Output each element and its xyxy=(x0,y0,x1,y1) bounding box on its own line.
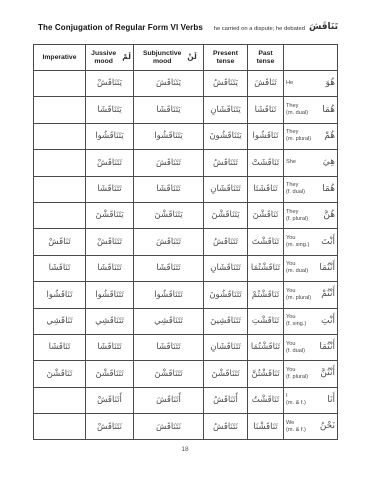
page-number: 18 xyxy=(0,446,370,453)
pronoun-cell: Sheهِيَ xyxy=(284,150,338,176)
present-cell: تَتَنَاقَشَانِ xyxy=(204,176,248,202)
pronoun-arabic: أَنْتُمَا xyxy=(319,343,335,352)
pronoun-arabic: هُنَّ xyxy=(323,211,335,220)
header-jussive-label: Jussive mood xyxy=(88,50,119,66)
book-page: The Conjugation of Regular Form VI Verbs… xyxy=(0,0,370,480)
jussive-cell: نَتَنَاقَشْ xyxy=(86,414,134,440)
table-row: يَتَنَاقَشَايَتَنَاقَشَايَتَنَاقَشَانِتَ… xyxy=(34,97,338,123)
jussive-cell: تَتَنَاقَشْ xyxy=(86,229,134,255)
pronoun-cell: We(m. & f.)نَحْنُ xyxy=(284,414,338,440)
past-cell: تَنَاقَشْتِ xyxy=(248,308,284,334)
verb-definition-english: he carried on a dispute; he debated xyxy=(214,26,305,32)
table-body: يَتَنَاقَشْيَتَنَاقَشَيَتَنَاقَشُتَنَاقَ… xyxy=(34,71,338,440)
present-cell: تَتَنَاقَشَانِ xyxy=(204,255,248,281)
table-row: تَنَاقَشَاتَتَنَاقَشَاتَتَنَاقَشَاتَتَنَ… xyxy=(34,255,338,281)
imperative-cell xyxy=(34,202,86,228)
present-cell: تَتَنَاقَشِينَ xyxy=(204,308,248,334)
subjunctive-cell: أَتَنَاقَشَ xyxy=(134,387,204,413)
present-cell: تَتَنَاقَشُ xyxy=(204,229,248,255)
header-present-label: Present tense xyxy=(206,50,245,66)
subjunctive-cell: تَتَنَاقَشَا xyxy=(134,176,204,202)
jussive-cell: تَتَنَاقَشِي xyxy=(86,308,134,334)
pronoun-cell: You(f. sing.)أَنْتِ xyxy=(284,308,338,334)
past-cell: تَنَاقَشْنَ xyxy=(248,202,284,228)
subjunctive-cell: تَتَنَاقَشَا xyxy=(134,255,204,281)
imperative-cell: تَنَاقَشْ xyxy=(34,229,86,255)
header-imperative-label: Imperative xyxy=(42,54,76,61)
past-cell: تَنَاقَشْتُمَا xyxy=(248,255,284,281)
table-row: تَتَنَاقَشْتَتَنَاقَشَتَتَنَاقَشُتَنَاقَ… xyxy=(34,150,338,176)
past-cell: تَنَاقَشْتُنَّ xyxy=(248,361,284,387)
jussive-cell: يَتَنَاقَشْ xyxy=(86,71,134,97)
present-cell: تَتَنَاقَشْنَ xyxy=(204,361,248,387)
subjunctive-cell: تَتَنَاقَشَا xyxy=(134,334,204,360)
subjunctive-cell: يَتَنَاقَشَا xyxy=(134,97,204,123)
imperative-cell: تَنَاقَشَا xyxy=(34,255,86,281)
imperative-cell xyxy=(34,387,86,413)
pronoun-arabic: أَنْتُنَّ xyxy=(320,369,335,378)
imperative-cell xyxy=(34,176,86,202)
past-cell: تَنَاقَشْنَا xyxy=(248,414,284,440)
present-cell: تَتَنَاقَشُونَ xyxy=(204,282,248,308)
present-cell: يَتَنَاقَشُونَ xyxy=(204,123,248,149)
past-cell: تَنَاقَشْتُمْ xyxy=(248,282,284,308)
jussive-cell: تَتَنَاقَشْنَ xyxy=(86,361,134,387)
pronoun-english-label: They(m. dual) xyxy=(286,103,308,117)
pronoun-arabic: أَنْتُمْ xyxy=(321,290,335,299)
pronoun-cell: They(m. plural)هُمْ xyxy=(284,123,338,149)
pronoun-english-label: They(f. plural) xyxy=(286,209,308,223)
pronoun-cell: You(f. plural)أَنْتُنَّ xyxy=(284,361,338,387)
table-row: نَتَنَاقَشْنَتَنَاقَشَنَتَنَاقَشُتَنَاقَ… xyxy=(34,414,338,440)
conjugation-table: Imperative Jussive mood لَمْ Subjunctive… xyxy=(33,44,338,440)
pronoun-cell: I(m. & f.)أَنَا xyxy=(284,387,338,413)
present-cell: يَتَنَاقَشُ xyxy=(204,71,248,97)
past-cell: تَنَاقَشْتُ xyxy=(248,387,284,413)
pronoun-english-label: She xyxy=(286,159,296,166)
past-cell: تَنَاقَشَتَا xyxy=(248,176,284,202)
header-past: Past tense xyxy=(248,45,284,71)
table-row: يَتَنَاقَشْيَتَنَاقَشَيَتَنَاقَشُتَنَاقَ… xyxy=(34,71,338,97)
pronoun-arabic: أَنْتُمَا xyxy=(319,264,335,273)
imperative-cell xyxy=(34,414,86,440)
page-title: The Conjugation of Regular Form VI Verbs xyxy=(38,23,203,32)
subjunctive-cell: يَتَنَاقَشْنَ xyxy=(134,202,204,228)
pronoun-cell: They(f. dual)هُمَا xyxy=(284,176,338,202)
jussive-cell: تَتَنَاقَشَا xyxy=(86,176,134,202)
verb-definition: he carried on a dispute; he debated تَنَ… xyxy=(214,23,338,32)
header-subjunctive-particle: لَنْ xyxy=(187,53,197,62)
verb-definition-arabic: تَنَاقَشَ xyxy=(309,23,338,32)
header-present: Present tense xyxy=(204,45,248,71)
pronoun-cell: You(m. dual)أَنْتُمَا xyxy=(284,255,338,281)
subjunctive-cell: تَتَنَاقَشَ xyxy=(134,150,204,176)
jussive-cell: يَتَنَاقَشْنَ xyxy=(86,202,134,228)
imperative-cell xyxy=(34,97,86,123)
pronoun-arabic: هُمَا xyxy=(322,106,335,115)
pronoun-english-label: You(m. dual) xyxy=(286,261,308,275)
header-jussive: Jussive mood لَمْ xyxy=(86,45,134,71)
table-row: يَتَنَاقَشُوايَتَنَاقَشُوايَتَنَاقَشُونَ… xyxy=(34,123,338,149)
pronoun-cell: Heهُوَ xyxy=(284,71,338,97)
header-subjunctive-label: Subjunctive mood xyxy=(140,50,184,66)
present-cell: نَتَنَاقَشُ xyxy=(204,414,248,440)
jussive-cell: تَتَنَاقَشُوا xyxy=(86,282,134,308)
jussive-cell: يَتَنَاقَشَا xyxy=(86,97,134,123)
jussive-cell: تَتَنَاقَشَا xyxy=(86,255,134,281)
header-past-label: Past tense xyxy=(250,50,281,66)
header-pronoun xyxy=(284,45,338,71)
subjunctive-cell: تَتَنَاقَشِي xyxy=(134,308,204,334)
subjunctive-cell: تَتَنَاقَشَ xyxy=(134,229,204,255)
imperative-cell: تَنَاقَشُوا xyxy=(34,282,86,308)
past-cell: تَنَاقَشْتُمَا xyxy=(248,334,284,360)
pronoun-cell: They(m. dual)هُمَا xyxy=(284,97,338,123)
pronoun-english-label: He xyxy=(286,80,293,87)
pronoun-arabic: هُمْ xyxy=(324,132,335,141)
header-imperative: Imperative xyxy=(34,45,86,71)
imperative-cell xyxy=(34,150,86,176)
jussive-cell: أَتَنَاقَشْ xyxy=(86,387,134,413)
title-bar: The Conjugation of Regular Form VI Verbs… xyxy=(38,23,338,32)
pronoun-cell: You(m. plural)أَنْتُمْ xyxy=(284,282,338,308)
pronoun-english-label: We(m. & f.) xyxy=(286,420,306,434)
imperative-cell xyxy=(34,71,86,97)
pronoun-arabic: نَحْنُ xyxy=(320,422,335,431)
past-cell: تَنَاقَشُوا xyxy=(248,123,284,149)
pronoun-english-label: You(m. plural) xyxy=(286,288,311,302)
header-jussive-particle: لَمْ xyxy=(122,53,131,62)
subjunctive-cell: يَتَنَاقَشَ xyxy=(134,71,204,97)
table-row: تَنَاقَشْتَتَنَاقَشْتَتَنَاقَشَتَتَنَاقَ… xyxy=(34,229,338,255)
table-row: يَتَنَاقَشْنَيَتَنَاقَشْنَيَتَنَاقَشْنَت… xyxy=(34,202,338,228)
pronoun-english-label: You(f. sing.) xyxy=(286,314,306,328)
subjunctive-cell: تَتَنَاقَشْنَ xyxy=(134,361,204,387)
imperative-cell: تَنَاقَشِي xyxy=(34,308,86,334)
pronoun-cell: You(m. sing.)أَنْتَ xyxy=(284,229,338,255)
pronoun-arabic: أَنْتَ xyxy=(321,238,335,247)
table-row: تَنَاقَشَاتَتَنَاقَشَاتَتَنَاقَشَاتَتَنَ… xyxy=(34,334,338,360)
jussive-cell: تَتَنَاقَشَا xyxy=(86,334,134,360)
jussive-cell: تَتَنَاقَشْ xyxy=(86,150,134,176)
pronoun-cell: They(f. plural)هُنَّ xyxy=(284,202,338,228)
pronoun-english-label: They(f. dual) xyxy=(286,182,305,196)
present-cell: يَتَنَاقَشَانِ xyxy=(204,97,248,123)
table-row: تَنَاقَشُواتَتَنَاقَشُواتَتَنَاقَشُواتَت… xyxy=(34,282,338,308)
pronoun-english-label: I(m. & f.) xyxy=(286,393,306,407)
imperative-cell: تَنَاقَشَا xyxy=(34,334,86,360)
pronoun-cell: You(f. dual)أَنْتُمَا xyxy=(284,334,338,360)
present-cell: يَتَنَاقَشْنَ xyxy=(204,202,248,228)
present-cell: تَتَنَاقَشُ xyxy=(204,150,248,176)
past-cell: تَنَاقَشَ xyxy=(248,71,284,97)
pronoun-english-label: You(f. dual) xyxy=(286,341,305,355)
past-cell: تَنَاقَشْتَ xyxy=(248,229,284,255)
subjunctive-cell: نَتَنَاقَشَ xyxy=(134,414,204,440)
past-cell: تَنَاقَشَتْ xyxy=(248,150,284,176)
header-subjunctive: Subjunctive mood لَنْ xyxy=(134,45,204,71)
pronoun-arabic: هُوَ xyxy=(326,79,335,88)
imperative-cell xyxy=(34,123,86,149)
present-cell: تَتَنَاقَشَانِ xyxy=(204,334,248,360)
subjunctive-cell: تَتَنَاقَشُوا xyxy=(134,282,204,308)
table-header-row: Imperative Jussive mood لَمْ Subjunctive… xyxy=(34,45,338,71)
pronoun-arabic: هُمَا xyxy=(322,185,335,194)
table-row: تَتَنَاقَشَاتَتَنَاقَشَاتَتَنَاقَشَانِتَ… xyxy=(34,176,338,202)
pronoun-english-label: You(f. plural) xyxy=(286,367,308,381)
table-row: أَتَنَاقَشْأَتَنَاقَشَأَتَنَاقَشُتَنَاقَ… xyxy=(34,387,338,413)
pronoun-english-label: You(m. sing.) xyxy=(286,235,309,249)
pronoun-english-label: They(m. plural) xyxy=(286,129,311,143)
jussive-cell: يَتَنَاقَشُوا xyxy=(86,123,134,149)
table-row: تَنَاقَشِيتَتَنَاقَشِيتَتَنَاقَشِيتَتَنَ… xyxy=(34,308,338,334)
pronoun-arabic: هِيَ xyxy=(323,158,335,167)
pronoun-arabic: أَنْتِ xyxy=(321,317,335,326)
pronoun-arabic: أَنَا xyxy=(327,396,335,405)
present-cell: أَتَنَاقَشُ xyxy=(204,387,248,413)
past-cell: تَنَاقَشَا xyxy=(248,97,284,123)
subjunctive-cell: يَتَنَاقَشُوا xyxy=(134,123,204,149)
imperative-cell: تَنَاقَشْنَ xyxy=(34,361,86,387)
table-row: تَنَاقَشْنَتَتَنَاقَشْنَتَتَنَاقَشْنَتَت… xyxy=(34,361,338,387)
